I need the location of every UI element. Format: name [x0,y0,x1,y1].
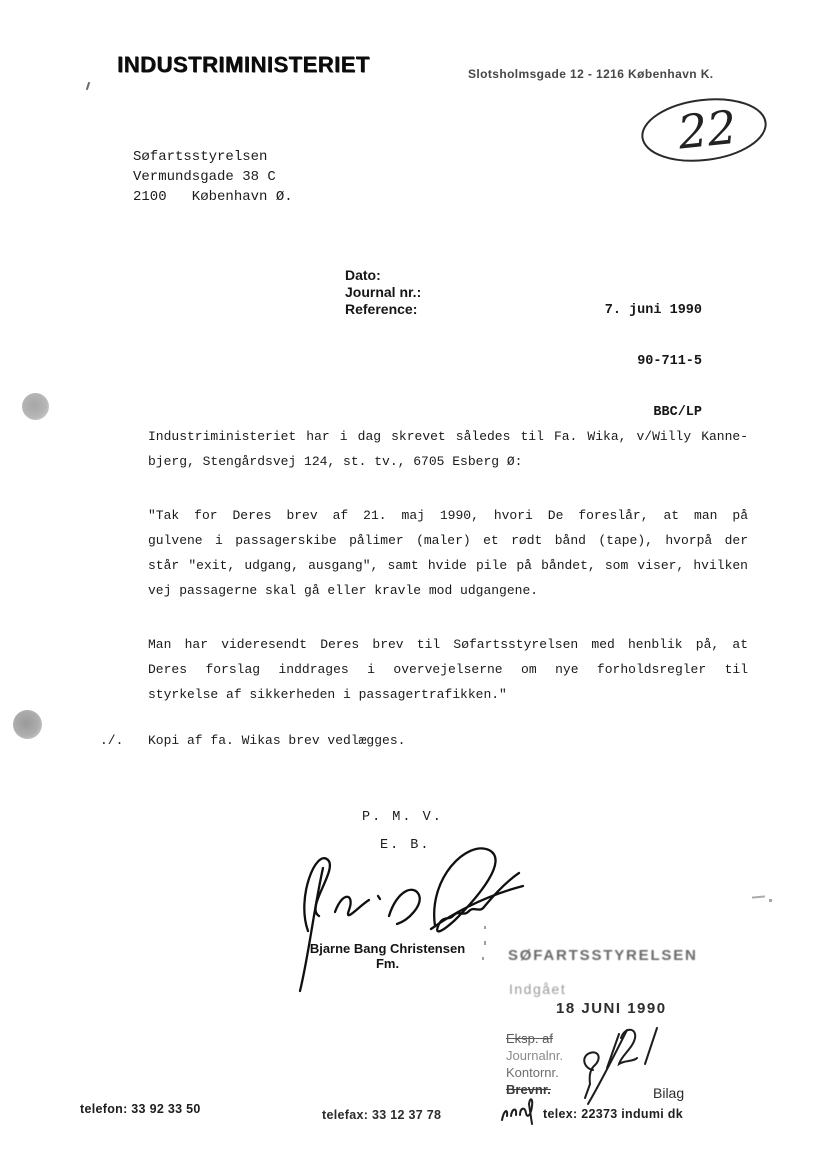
pmv-line: P. M. V. [362,810,443,825]
scan-artifact [769,899,772,902]
stamp-organization: SØFARTSSTYRELSEN [508,947,698,964]
telex-number: telex: 22373 indumi dk [543,1107,683,1121]
journal-label: Journal nr.: [345,284,421,301]
stamp-kontor-label: Kontornr. [506,1064,563,1081]
enclosure-note: ./.Kopi af fa. Wikas brev vedlægges. [100,733,405,748]
letter-body: Industriministeriet har i dag skrevet så… [148,424,748,736]
page-number-text: 22 [674,100,739,160]
signatory-name: Bjarne Bang Christensen [300,941,475,956]
handwritten-page-number-circle: 22 [636,84,776,174]
meta-labels: Dato: Journal nr.: Reference: [345,267,421,318]
reference-label: Reference: [345,301,421,318]
stamp-received-label: Indgået [509,981,566,997]
recipient-address: SøfartsstyrelsenVermundsgade 38 C2100 Kø… [133,147,293,207]
telefax-number: telefax: 33 12 37 78 [322,1108,441,1122]
eb-line: E. B. [380,838,431,853]
stamp-fields: Eksp. af Journalnr. Kontornr. Brevnr. [506,1030,563,1098]
ministry-wordmark: INDUSTRIMINISTERIET [117,52,370,78]
enclosure-text: Kopi af fa. Wikas brev vedlægges. [148,733,405,748]
paragraph-2: "Tak for Deres brev af 21. maj 1990, hvo… [148,503,748,603]
scan-artifact [86,82,90,90]
date-value: 7. juni 1990 [555,302,702,319]
enclosure-mark: ./. [100,733,148,748]
scan-artifact [484,941,486,945]
journal-value: 90-711-5 [555,353,702,370]
signatory: Bjarne Bang Christensen Fm. [300,941,475,971]
scan-artifact [484,926,486,929]
paragraph-3: Man har videresendt Deres brev til Søfar… [148,632,748,707]
ministry-street-address: Slotsholmsgade 12 - 1216 København K. [468,67,714,81]
paragraph-1: Industriministeriet har i dag skrevet så… [148,424,748,474]
scanned-letter-page: INDUSTRIMINISTERIET Slotsholmsgade 12 - … [0,0,828,1169]
stamp-received-date: 18 JUNI 1990 [556,1000,667,1017]
telefon-number: telefon: 33 92 33 50 [80,1102,201,1116]
stamp-eksp-label-struck: Eksp. af [506,1030,563,1047]
signatory-title: Fm. [300,956,475,971]
punch-hole-bottom [13,710,42,739]
reference-value: BBC/LP [555,404,702,421]
stamp-journal-label: Journalnr. [506,1047,563,1064]
handwritten-journal-number [575,1022,675,1117]
scan-artifact [482,957,484,960]
punch-hole-top [22,393,49,420]
handwritten-signature [283,836,528,1001]
date-label: Dato: [345,267,421,284]
handwritten-initials [497,1096,549,1130]
scan-artifact [752,895,765,898]
